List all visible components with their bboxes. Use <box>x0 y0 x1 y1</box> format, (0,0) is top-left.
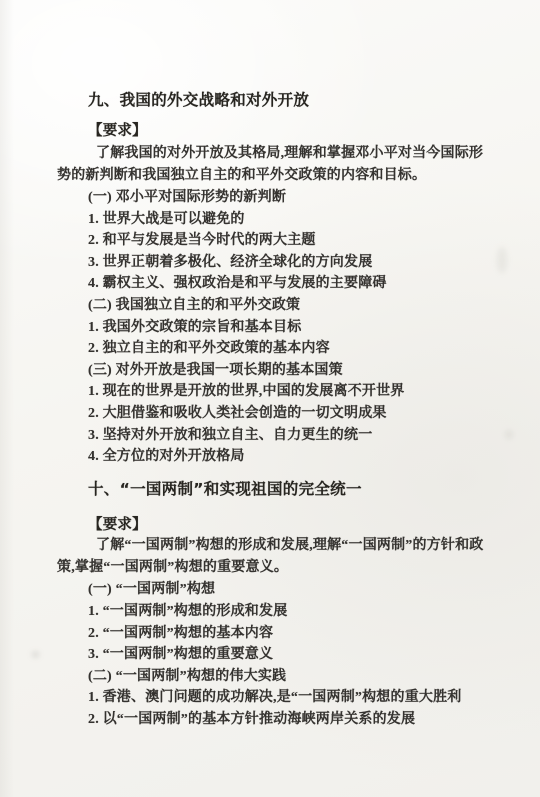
outline-line: 1. 世界大战是可以避免的 <box>88 212 245 228</box>
scan-smudge <box>32 652 39 657</box>
outline-line: (二) 我国独立自主的和平外交政策 <box>88 298 300 314</box>
outline-line: 2. 和平与发展是当今时代的两大主题 <box>88 233 316 249</box>
section-10-title: 十、“一国两制”和实现祖国的完全统一 <box>88 481 362 497</box>
outline-line: (三) 对外开放是我国一项长期的基本国策 <box>88 363 343 379</box>
scan-smudge <box>497 247 507 273</box>
outline-line: 3. “一国两制”构想的重要意义 <box>88 647 273 663</box>
outline-line: 2. 以“一国两制”的基本方针推动海峡两岸关系的发展 <box>88 712 415 728</box>
outline-line: (一) 邓小平对国际形势的新判断 <box>88 190 286 206</box>
outline-line: 4. 霸权主义、强权政治是和平与发展的主要障碍 <box>88 276 387 292</box>
outline-line: (二) “一国两制”构想的伟大实践 <box>88 669 286 685</box>
section-9-title: 九、我国的外交战略和对外开放 <box>88 92 309 108</box>
section-10-requirements-heading: 【要求】 <box>88 517 147 533</box>
outline-line: 1. 我国外交政策的宗旨和基本目标 <box>88 320 301 336</box>
outline-line: 2. “一国两制”构想的基本内容 <box>88 626 273 642</box>
scan-smudge <box>505 430 513 439</box>
section-10-intro-line: 了解“一国两制”构想的形成和发展,理解“一国两制”的方针和政 <box>96 538 484 554</box>
outline-line: 3. 世界正朝着多极化、经济全球化的方向发展 <box>88 255 372 271</box>
section-9-intro-line: 势的新判断和我国独立自主的和平外交政策的内容和目标。 <box>57 168 426 184</box>
outline-line: 1. “一国两制”构想的形成和发展 <box>88 604 287 620</box>
outline-line: 4. 全方位的对外开放格局 <box>88 449 245 465</box>
outline-line: 1. 现在的世界是开放的世界,中国的发展离不开世界 <box>88 384 405 400</box>
section-9-intro-line: 了解我国的对外开放及其格局,理解和掌握邓小平对当今国际形 <box>96 146 483 162</box>
section-9-requirements-heading: 【要求】 <box>88 123 147 139</box>
outline-line: 2. 大胆借鉴和吸收人类社会创造的一切文明成果 <box>88 406 387 422</box>
outline-line: 2. 独立自主的和平外交政策的基本内容 <box>88 341 330 357</box>
outline-line: (一) “一国两制”构想 <box>88 582 215 598</box>
scanned-document-page: 九、我国的外交战略和对外开放 【要求】 了解我国的对外开放及其格局,理解和掌握邓… <box>0 0 540 797</box>
outline-line: 3. 坚持对外开放和独立自主、自力更生的统一 <box>88 428 372 444</box>
page-edge-shadow <box>0 0 14 797</box>
section-10-intro-line: 策,掌握“一国两制”构想的重要意义。 <box>57 560 288 576</box>
outline-line: 1. 香港、澳门问题的成功解决,是“一国两制”构想的重大胜利 <box>88 690 462 706</box>
